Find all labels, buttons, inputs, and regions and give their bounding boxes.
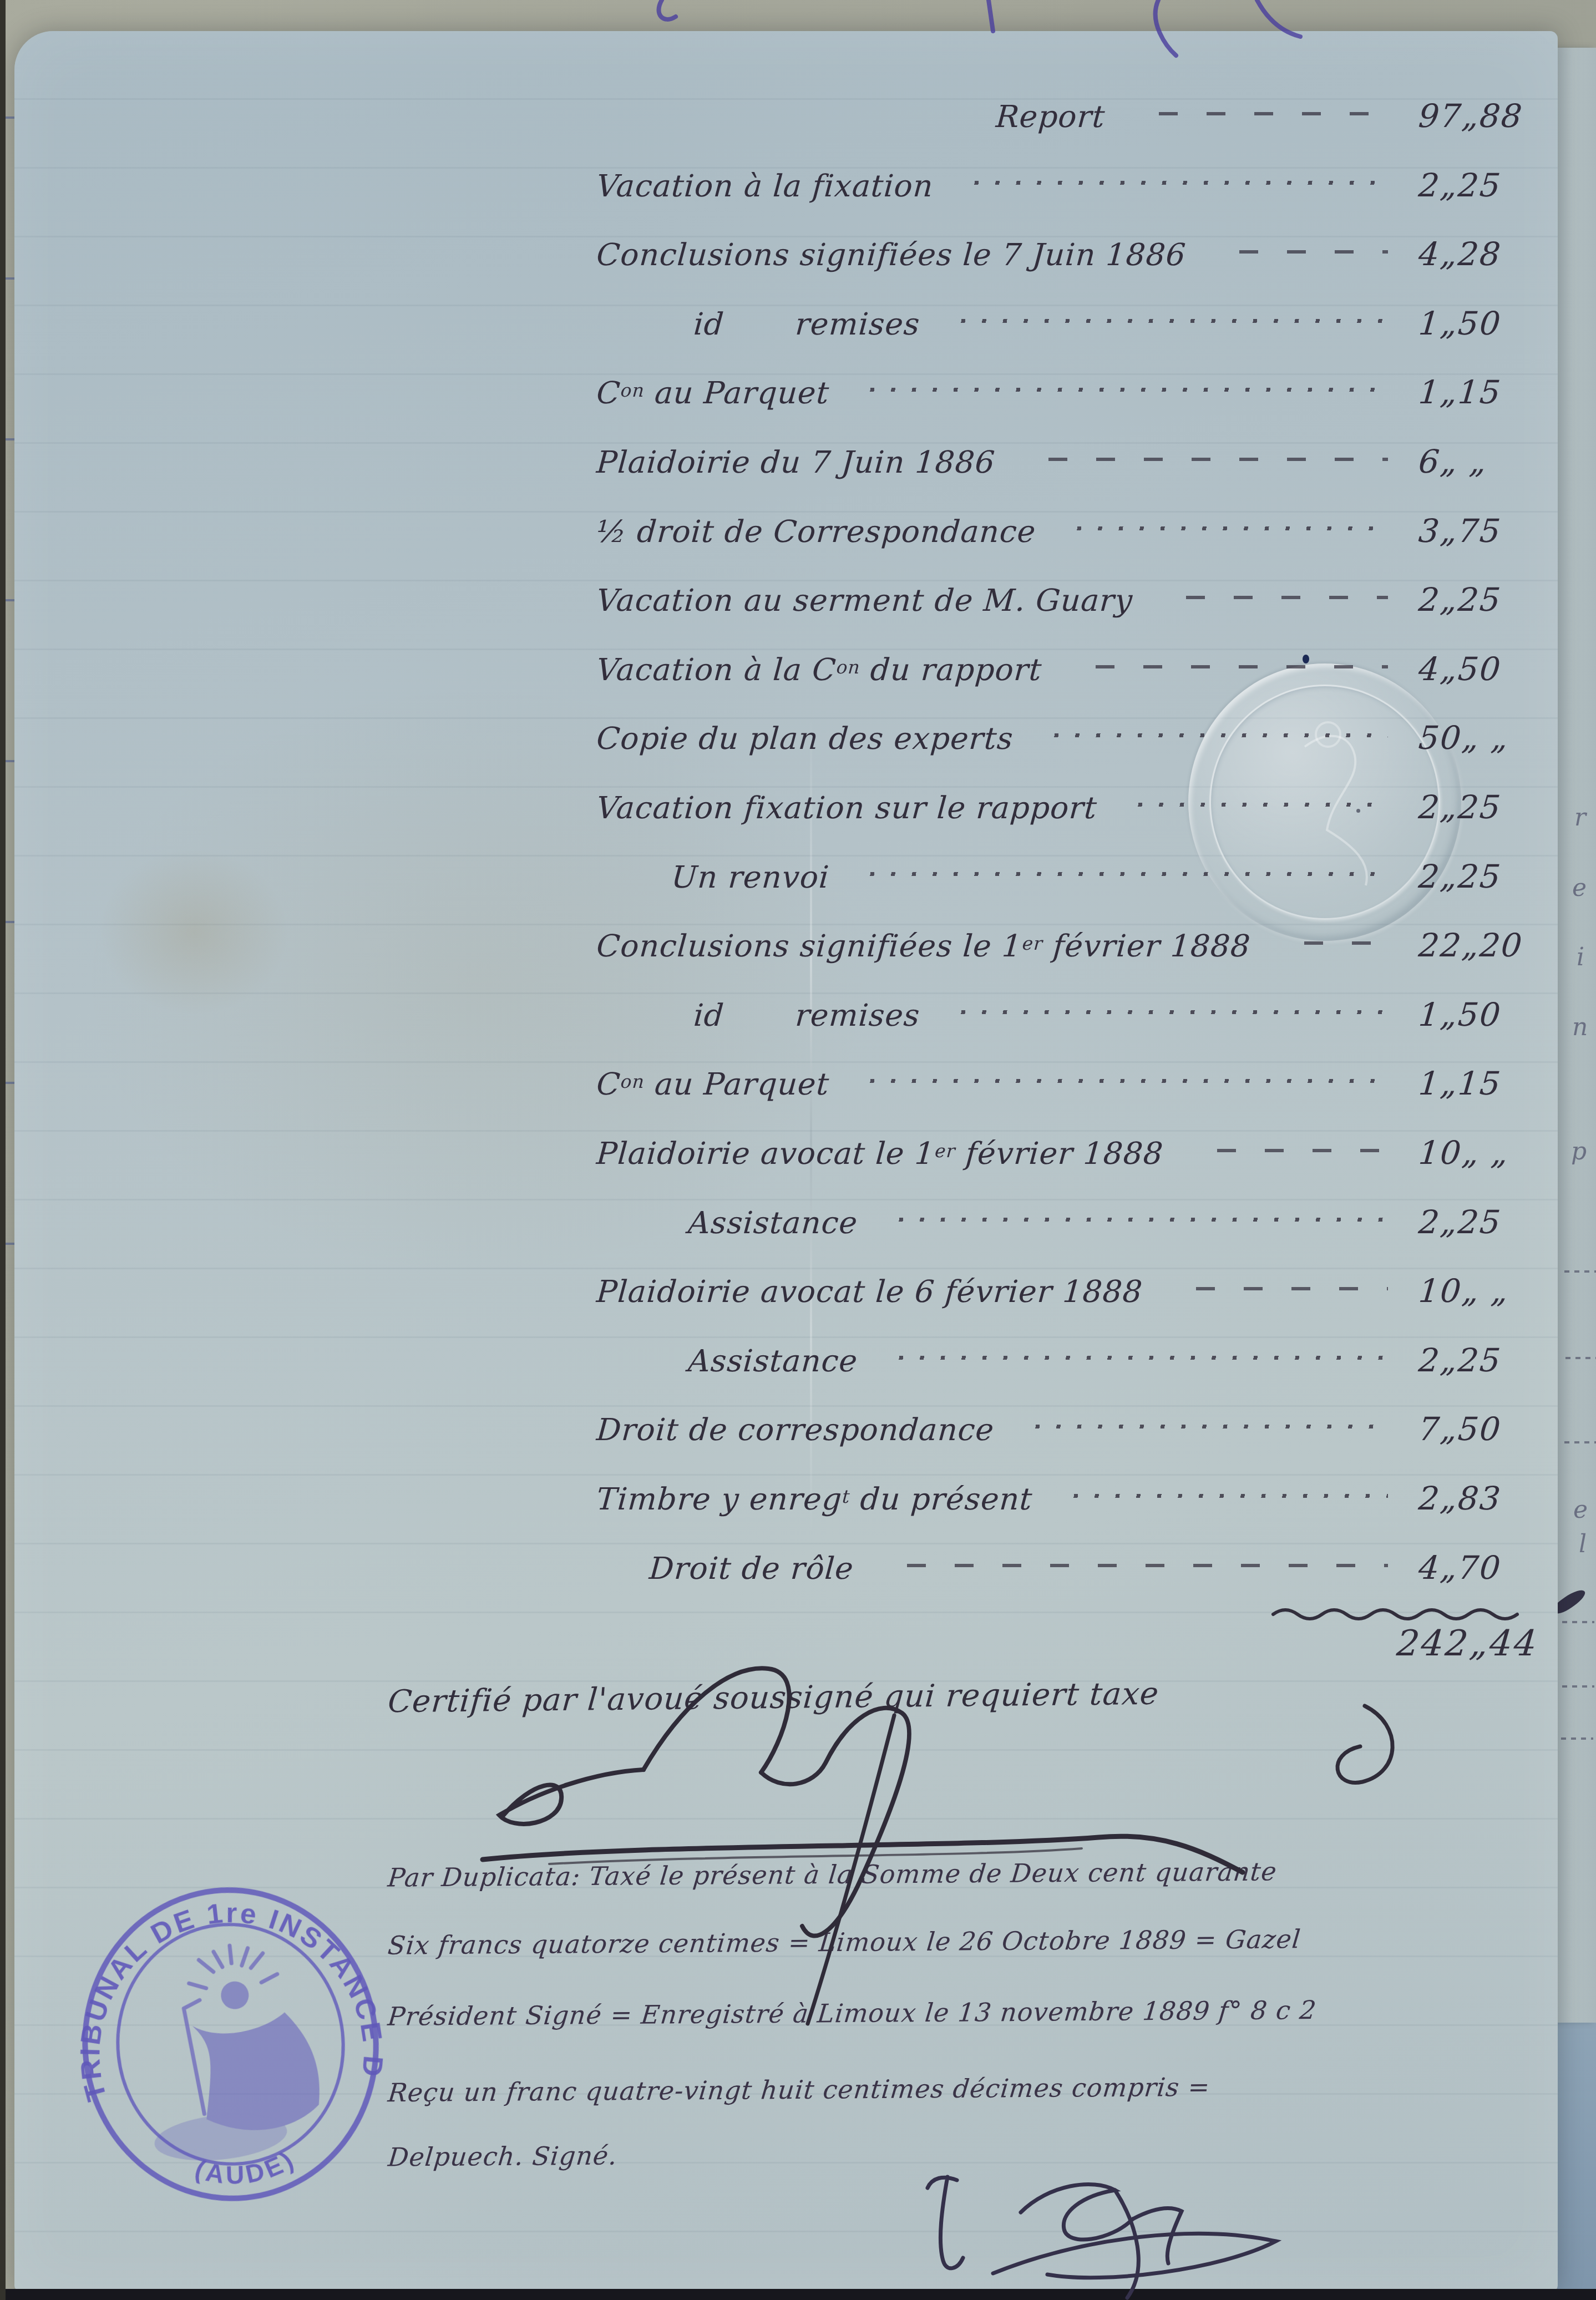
leader-dots: [1038, 733, 1388, 737]
entry-label: Conclusions signifiées le 7 Juin 1886: [595, 240, 1187, 278]
tribunal-stamp: TRIBUNAL DE 1re INSTANCE DE LIMOUX (AUDE…: [55, 1860, 405, 2223]
entry-amount: 97„88: [1417, 100, 1584, 140]
ledger-row: Con au Parquet1„15: [596, 343, 1582, 416]
leader-dots: [883, 1218, 1388, 1222]
entry-label: Con au Parquet: [595, 1069, 830, 1107]
entry-label-rest: février 1888: [1042, 928, 1252, 964]
ledger-row: Droit de rôle4„70: [649, 1518, 1582, 1592]
avoue-signature: [411, 1653, 1409, 2041]
entry-label-rest: février 1888: [954, 1136, 1164, 1171]
leader-dots: [1057, 1494, 1388, 1498]
leader-dots: [1020, 458, 1388, 461]
entry-label: Droit de correspondance: [595, 1415, 996, 1453]
entry-label: Con au Parquet: [595, 378, 830, 416]
entry-amount: 50„ „: [1417, 722, 1584, 762]
entry-amount: 1„15: [1417, 376, 1584, 416]
ledger-row: Plaidoirie du 7 Juin 18866„ „: [596, 412, 1582, 485]
ledger-row: Timbre y enregt du présent2„83: [596, 1449, 1582, 1522]
entry-amount: 2„25: [1417, 1344, 1584, 1384]
ledger-row: Vacation au serment de M. Guary2„25: [596, 550, 1582, 624]
entry-amount: 4„28: [1417, 238, 1584, 278]
leader-dots: [1130, 112, 1388, 115]
closing-line: Delpuech. Signé.: [387, 2141, 619, 2172]
leader-dots: [854, 388, 1388, 392]
ledger-row: Vacation à la fixation2„25: [596, 136, 1582, 209]
ledger-row: id remises1„50: [693, 965, 1582, 1038]
ledger-row: Assistance2„25: [688, 1311, 1582, 1384]
president-signature: [854, 2141, 1381, 2300]
ledger-row: Con au Parquet1„15: [596, 1034, 1582, 1107]
entry-label: Timbre y enregt du présent: [595, 1484, 1034, 1522]
entry-label-rest: au Parquet: [644, 375, 831, 411]
entry-amount: 2„25: [1417, 584, 1584, 624]
leader-dots: [1019, 1425, 1388, 1428]
leader-dots: [854, 872, 1388, 876]
entry-label: Report: [995, 102, 1107, 140]
entry-amount: 2„25: [1417, 860, 1584, 900]
ledger-row: ½ droit de Correspondance3„75: [596, 482, 1582, 555]
entry-amount: 10„ „: [1417, 1275, 1584, 1315]
entry-label-rest: du présent: [849, 1481, 1033, 1517]
entry-label: Vacation à la Con du rapport: [595, 655, 1043, 693]
entry-label: Un renvoi: [670, 862, 830, 900]
leader-dots: [1275, 941, 1388, 945]
entry-amount: 2„83: [1417, 1482, 1584, 1522]
entry-label-superscript: on: [620, 380, 646, 402]
ledger-row: Vacation fixation sur le rapport2„25: [596, 758, 1582, 831]
leader-dots: [883, 1356, 1388, 1360]
entry-label: Vacation à la fixation: [595, 171, 935, 209]
entry-label: ½ droit de Correspondance: [595, 516, 1037, 555]
leader-dots: [1167, 1287, 1388, 1290]
ledger-row: Conclusions signifiées le 1er février 18…: [596, 896, 1582, 969]
entry-label-rest: au Parquet: [644, 1066, 831, 1102]
leader-dots: [878, 1564, 1388, 1567]
ledger-row: Plaidoirie avocat le 1er février 188810„…: [596, 1103, 1582, 1177]
entry-amount: 4„70: [1417, 1552, 1584, 1592]
leader-dots: [854, 1079, 1388, 1083]
leader-dots: [1061, 526, 1388, 530]
ledger-row: Droit de correspondance7„50: [596, 1380, 1582, 1453]
entry-label: Assistance: [687, 1208, 859, 1246]
ledger-row: Conclusions signifiées le 7 Juin 18864„2…: [596, 205, 1582, 278]
ledger-row: Assistance2„25: [688, 1173, 1582, 1246]
entry-label-superscript: er: [934, 1140, 956, 1162]
leader-dots: [1157, 596, 1388, 599]
entry-amount: 22„20: [1417, 929, 1584, 969]
entry-amount: 2„25: [1417, 1206, 1584, 1246]
leader-dots: [1067, 665, 1388, 668]
entry-amount: 7„50: [1417, 1413, 1584, 1453]
leader-dots: [1188, 1149, 1388, 1152]
entry-label: Conclusions signifiées le 1er février 18…: [595, 931, 1252, 969]
closing-line: Reçu un franc quatre-vingt huit centimes…: [387, 2072, 1212, 2108]
leader-dots: [1210, 250, 1388, 254]
leader-dots: [1122, 803, 1388, 807]
entry-amount: 3„75: [1417, 515, 1584, 555]
entry-label-superscript: on: [835, 656, 861, 678]
ledger-row: Copie du plan des experts50„ „: [596, 688, 1582, 762]
entry-amount: 1„50: [1417, 307, 1584, 347]
entry-label: id remises: [692, 1000, 921, 1038]
entry-amount: 1„50: [1417, 999, 1584, 1038]
entry-label-superscript: on: [620, 1071, 646, 1093]
ledger-row: Plaidoirie avocat le 6 février 188810„ „: [596, 1242, 1582, 1315]
ledger-row: Vacation à la Con du rapport4„50: [596, 620, 1582, 693]
leader-dots: [945, 319, 1388, 323]
entry-label: Assistance: [687, 1346, 859, 1384]
total-rule: [1270, 1598, 1537, 1631]
entry-label-superscript: er: [1021, 933, 1043, 955]
entry-label: Vacation fixation sur le rapport: [595, 793, 1098, 831]
entry-label: Plaidoirie avocat le 1er février 1888: [595, 1138, 1164, 1177]
cut-off-ink-marks: [0, 0, 1596, 78]
entry-amount: 10„ „: [1417, 1137, 1584, 1177]
entry-amount: 2„25: [1417, 791, 1584, 831]
ledger-row: id remises1„50: [693, 274, 1582, 347]
ledger-row: Un renvoi2„25: [671, 827, 1582, 900]
entry-label-rest: du rapport: [859, 652, 1043, 687]
entry-amount: 4„50: [1417, 653, 1584, 693]
entry-amount: 2„25: [1417, 169, 1584, 209]
leader-dots: [958, 181, 1388, 185]
entry-label: Copie du plan des experts: [595, 723, 1015, 762]
entry-label: Droit de rôle: [648, 1553, 855, 1592]
leader-dots: [945, 1010, 1388, 1014]
entry-label: id remises: [692, 309, 921, 347]
entry-label: Plaidoirie avocat le 6 février 1888: [595, 1276, 1144, 1315]
entry-amount: 6„ „: [1417, 445, 1584, 485]
entry-amount: 1„15: [1417, 1067, 1584, 1107]
entry-label: Vacation au serment de M. Guary: [595, 585, 1134, 624]
entry-label: Plaidoirie du 7 Juin 1886: [595, 447, 996, 485]
